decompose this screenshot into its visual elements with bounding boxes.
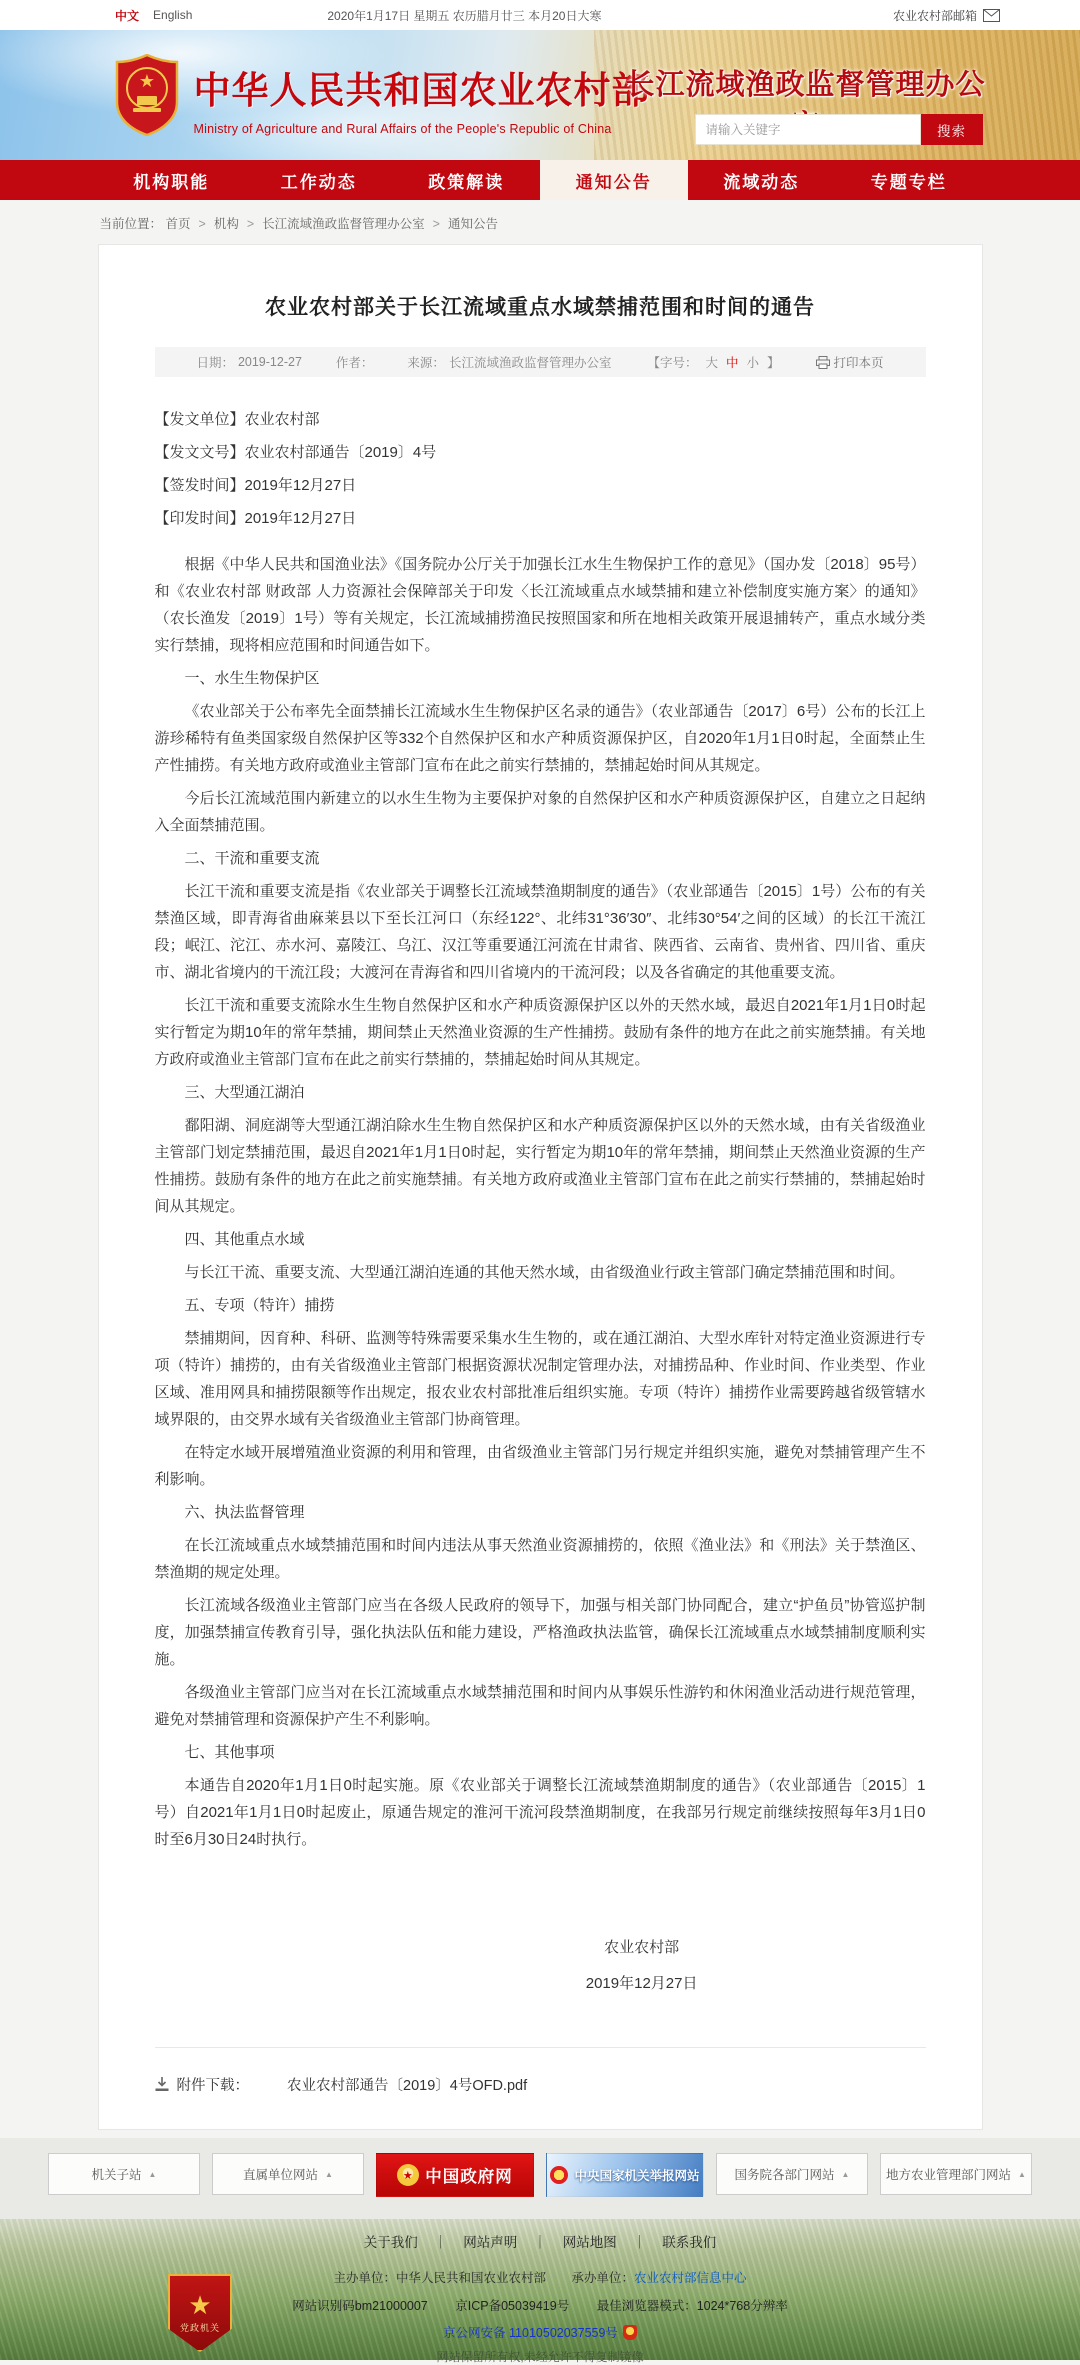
site-dropdown-机关子站[interactable]: 机关子站▲ xyxy=(48,2153,200,2195)
breadcrumb-area: 当前位置： 首页>机构>长江流域渔政监督管理办公室>通知公告 xyxy=(0,200,1080,244)
site-dropdown-label: 直属单位网站 xyxy=(243,2165,318,2183)
article-paragraph: 根据《中华人民共和国渔业法》《国务院办公厅关于加强长江水生生物保护工作的意见》（… xyxy=(155,551,926,659)
site-dropdown-label: 地方农业管理部门网站 xyxy=(886,2165,1011,2183)
date-info: 2020年1月17日 星期五 农历腊月廿三 本月20日大寒 xyxy=(327,7,601,24)
doc-info-line: 【发文文号】农业农村部通告〔2019〕4号 xyxy=(155,436,926,469)
search-button[interactable]: 搜索 xyxy=(921,114,983,145)
article-paragraph: 《农业部关于公布率先全面禁捕长江流域水生生物保护区名录的通告》（农业部通告〔20… xyxy=(155,698,926,779)
mailbox-label: 农业农村部邮箱 xyxy=(893,7,977,24)
article-paragraph: 在特定水域开展增殖渔业资源的利用和管理，由省级渔业主管部门另行规定并组织实施，避… xyxy=(155,1439,926,1493)
footer-link-网站地图[interactable]: 网站地图 xyxy=(563,2235,617,2250)
report-icon xyxy=(550,2166,568,2184)
doc-info-line: 【发文单位】农业农村部 xyxy=(155,403,926,436)
section-heading: 二、干流和重要支流 xyxy=(155,845,926,872)
host-line: 主办单位：中华人民共和国农业农村部 承办单位：农业农村部信息中心 xyxy=(0,2268,1080,2286)
badge-star-icon: ★ xyxy=(188,2293,211,2317)
breadcrumb: 当前位置： 首页>机构>长江流域渔政监督管理办公室>通知公告 xyxy=(98,214,983,232)
search-input[interactable] xyxy=(695,114,921,145)
article-paragraph: 长江干流和重要支流是指《农业部关于调整长江流域禁渔期制度的通告》（农业部通告〔2… xyxy=(155,878,926,986)
mailbox-link[interactable]: 农业农村部邮箱 xyxy=(893,7,1000,24)
site-dropdown-label: 国务院各部门网站 xyxy=(735,2165,835,2183)
content-area: 农业农村部关于长江流域重点水域禁捕范围和时间的通告 日期：2019-12-27 … xyxy=(0,244,1080,2138)
nav-item-专题专栏[interactable]: 专题专栏 xyxy=(835,160,983,200)
org-title-cn: 中华人民共和国农业农村部 xyxy=(194,60,650,114)
breadcrumb-separator: > xyxy=(433,217,440,231)
document-info: 【发文单位】农业农村部【发文文号】农业农村部通告〔2019〕4号【签发时间】20… xyxy=(155,403,926,535)
site-dropdown-地方农业管理部门网站[interactable]: 地方农业管理部门网站▲ xyxy=(880,2153,1032,2195)
chevron-up-icon: ▲ xyxy=(1018,2170,1026,2179)
attachment-link[interactable]: 农业农村部通告〔2019〕4号OFD.pdf xyxy=(287,2074,527,2095)
nav-item-流域动态[interactable]: 流域动态 xyxy=(688,160,836,200)
nav-item-通知公告[interactable]: 通知公告 xyxy=(540,160,688,200)
gov-banner-label: 中国政府网 xyxy=(425,2163,513,2187)
lang-chinese-link[interactable]: 中文 xyxy=(115,7,139,24)
article-card: 农业农村部关于长江流域重点水域禁捕范围和时间的通告 日期：2019-12-27 … xyxy=(98,244,983,2130)
envelope-icon xyxy=(983,9,1000,22)
section-heading: 五、专项（特许）捕捞 xyxy=(155,1292,926,1319)
footer-links: 关于我们｜网站声明｜网站地图｜联系我们 xyxy=(0,2231,1080,2251)
nav-item-工作动态[interactable]: 工作动态 xyxy=(245,160,393,200)
fontsize-medium[interactable]: 中 xyxy=(726,353,739,371)
org-title-block: 中华人民共和国农业农村部 Ministry of Agriculture and… xyxy=(194,60,650,136)
download-icon xyxy=(155,2077,169,2092)
article-paragraph: 长江流域各级渔业主管部门应当在各级人民政府的领导下，加强与相关部门协同配合，建立… xyxy=(155,1592,926,1673)
chevron-up-icon: ▲ xyxy=(842,2170,850,2179)
chevron-up-icon: ▲ xyxy=(325,2170,333,2179)
breadcrumb-item[interactable]: 通知公告 xyxy=(448,217,498,231)
icp-number: 京ICP备05039419号 xyxy=(455,2299,569,2313)
site-dropdown-label: 机关子站 xyxy=(92,2165,142,2183)
article-paragraph: 与长江干流、重要支流、大型通江湖泊连通的其他天然水域，由省级渔业行政主管部门确定… xyxy=(155,1259,926,1286)
article-paragraph: 在长江流域重点水域禁捕范围和时间内违法从事天然渔业资源捕捞的，依照《渔业法》和《… xyxy=(155,1532,926,1586)
breadcrumb-item[interactable]: 首页 xyxy=(166,217,191,231)
police-badge-icon xyxy=(623,2325,637,2340)
signature-org: 农业农村部 xyxy=(586,1933,698,1963)
printer-icon xyxy=(816,356,830,369)
article-paragraph: 禁捕期间，因育种、科研、监测等特殊需要采集水生生物的，或在通江湖泊、大型水库针对… xyxy=(155,1325,926,1433)
breadcrumb-separator: > xyxy=(199,217,206,231)
search-box: 搜索 xyxy=(695,114,983,145)
site-dropdown-直属单位网站[interactable]: 直属单位网站▲ xyxy=(212,2153,364,2195)
nav-item-政策解读[interactable]: 政策解读 xyxy=(393,160,541,200)
section-heading: 六、执法监督管理 xyxy=(155,1499,926,1526)
topbar: 中文 English 2020年1月17日 星期五 农历腊月廿三 本月20日大寒… xyxy=(0,0,1080,30)
site-link-bar: 机关子站▲直属单位网站▲★中国政府网中央国家机关举报网站国务院各部门网站▲地方农… xyxy=(0,2138,1080,2219)
signature-date: 2019年12月27日 xyxy=(586,1969,698,1999)
fontsize-large[interactable]: 大 xyxy=(705,353,718,371)
police-registration[interactable]: 京公网安备 11010502037559号 xyxy=(0,2323,1080,2341)
report-banner-label: 中央国家机关举报网站 xyxy=(574,2166,699,2184)
footer-link-关于我们[interactable]: 关于我们 xyxy=(364,2235,418,2250)
article-paragraph: 鄱阳湖、洞庭湖等大型通江湖泊除水生生物自然保护区和水产种质资源保护区以外的天然水… xyxy=(155,1112,926,1220)
copyright-line: 网站保留所有权,未经允许不得复制镜像 xyxy=(0,2348,1080,2365)
footer-link-separator: ｜ xyxy=(533,2235,547,2250)
gov-website-banner[interactable]: ★中国政府网 xyxy=(376,2153,534,2197)
org-title-en: Ministry of Agriculture and Rural Affair… xyxy=(194,122,650,136)
article-title: 农业农村部关于长江流域重点水域禁捕范围和时间的通告 xyxy=(155,291,926,321)
site-id-line: 网站识别码bm21000007 京ICP备05039419号 最佳浏览器模式：1… xyxy=(0,2296,1080,2314)
article-meta-bar: 日期：2019-12-27 作者： 来源：长江流域渔政监督管理办公室 【字号： … xyxy=(155,347,926,377)
section-heading: 四、其他重点水域 xyxy=(155,1226,926,1253)
doc-info-line: 【印发时间】2019年12月27日 xyxy=(155,502,926,535)
divider xyxy=(155,2047,926,2048)
footer-link-separator: ｜ xyxy=(434,2235,448,2250)
page: 中文 English 2020年1月17日 星期五 农历腊月廿三 本月20日大寒… xyxy=(0,0,1080,2360)
section-heading: 三、大型通江湖泊 xyxy=(155,1079,926,1106)
main-nav: 机构职能工作动态政策解读通知公告流域动态专题专栏 xyxy=(0,160,1080,200)
article-paragraph: 今后长江流域范围内新建立的以水生生物为主要保护对象的自然保护区和水产种质资源保护… xyxy=(155,785,926,839)
undertake-link[interactable]: 农业农村部信息中心 xyxy=(634,2271,747,2285)
footer-link-联系我们[interactable]: 联系我们 xyxy=(662,2235,716,2250)
site-dropdown-国务院各部门网站[interactable]: 国务院各部门网站▲ xyxy=(716,2153,868,2195)
attachment-label: 附件下载： xyxy=(177,2074,250,2095)
breadcrumb-label: 当前位置： xyxy=(100,217,163,231)
article-paragraph: 各级渔业主管部门应当对在长江流域重点水域禁捕范围和时间内从事娱乐性游钓和休闲渔业… xyxy=(155,1679,926,1733)
doc-info-line: 【签发时间】2019年12月27日 xyxy=(155,469,926,502)
fontsize-prefix: 【字号： xyxy=(647,353,697,371)
gov-emblem-icon: ★ xyxy=(397,2164,419,2186)
host-org: 中华人民共和国农业农村部 xyxy=(396,2271,546,2285)
breadcrumb-item[interactable]: 机构 xyxy=(214,217,239,231)
article-paragraph: 长江干流和重要支流除水生生物自然保护区和水产种质资源保护区以外的天然水域，最迟自… xyxy=(155,992,926,1073)
article-paragraph: 本通告自2020年1月1日0时起实施。原《农业部关于调整长江流域禁渔期制度的通告… xyxy=(155,1772,926,1853)
signature-block: 农业农村部 2019年12月27日 xyxy=(586,1933,698,1999)
footer-link-网站声明[interactable]: 网站声明 xyxy=(463,2235,517,2250)
fontsize-small[interactable]: 小 xyxy=(747,353,760,371)
breadcrumb-item[interactable]: 长江流域渔政监督管理办公室 xyxy=(262,217,425,231)
footer-link-separator: ｜ xyxy=(633,2235,647,2250)
attachment-row: 附件下载： 农业农村部通告〔2019〕4号OFD.pdf xyxy=(155,2074,926,2095)
fontsize-suffix: 】 xyxy=(767,353,780,371)
browser-mode: 最佳浏览器模式：1024*768分辨率 xyxy=(597,2299,788,2313)
nav-item-机构职能[interactable]: 机构职能 xyxy=(98,160,246,200)
header-banner: ★ 中华人民共和国农业农村部 Ministry of Agriculture a… xyxy=(0,30,1080,160)
footer: ★ 党政机关 关于我们｜网站声明｜网站地图｜联系我们 主办单位：中华人民共和国农… xyxy=(0,2219,1080,2360)
chevron-up-icon: ▲ xyxy=(149,2170,157,2179)
site-id: 网站识别码bm21000007 xyxy=(292,2299,427,2313)
report-website-banner[interactable]: 中央国家机关举报网站 xyxy=(546,2153,704,2197)
font-size-switch: 【字号： 大 中 小 】 xyxy=(645,353,781,371)
section-heading: 一、水生生物保护区 xyxy=(155,665,926,692)
meta-source: 来源：长江流域渔政监督管理办公室 xyxy=(407,353,611,371)
breadcrumb-separator: > xyxy=(247,217,254,231)
badge-label: 党政机关 xyxy=(180,2321,220,2334)
svg-text:★: ★ xyxy=(138,71,154,91)
meta-author: 作者： xyxy=(336,353,374,371)
print-button[interactable]: 打印本页 xyxy=(816,353,884,371)
lang-english-link[interactable]: English xyxy=(153,8,192,22)
article-body: 根据《中华人民共和国渔业法》《国务院办公厅关于加强长江水生生物保护工作的意见》（… xyxy=(155,551,926,1853)
meta-date: 日期：2019-12-27 xyxy=(196,353,301,371)
section-heading: 七、其他事项 xyxy=(155,1739,926,1766)
national-emblem: ★ xyxy=(114,54,180,136)
